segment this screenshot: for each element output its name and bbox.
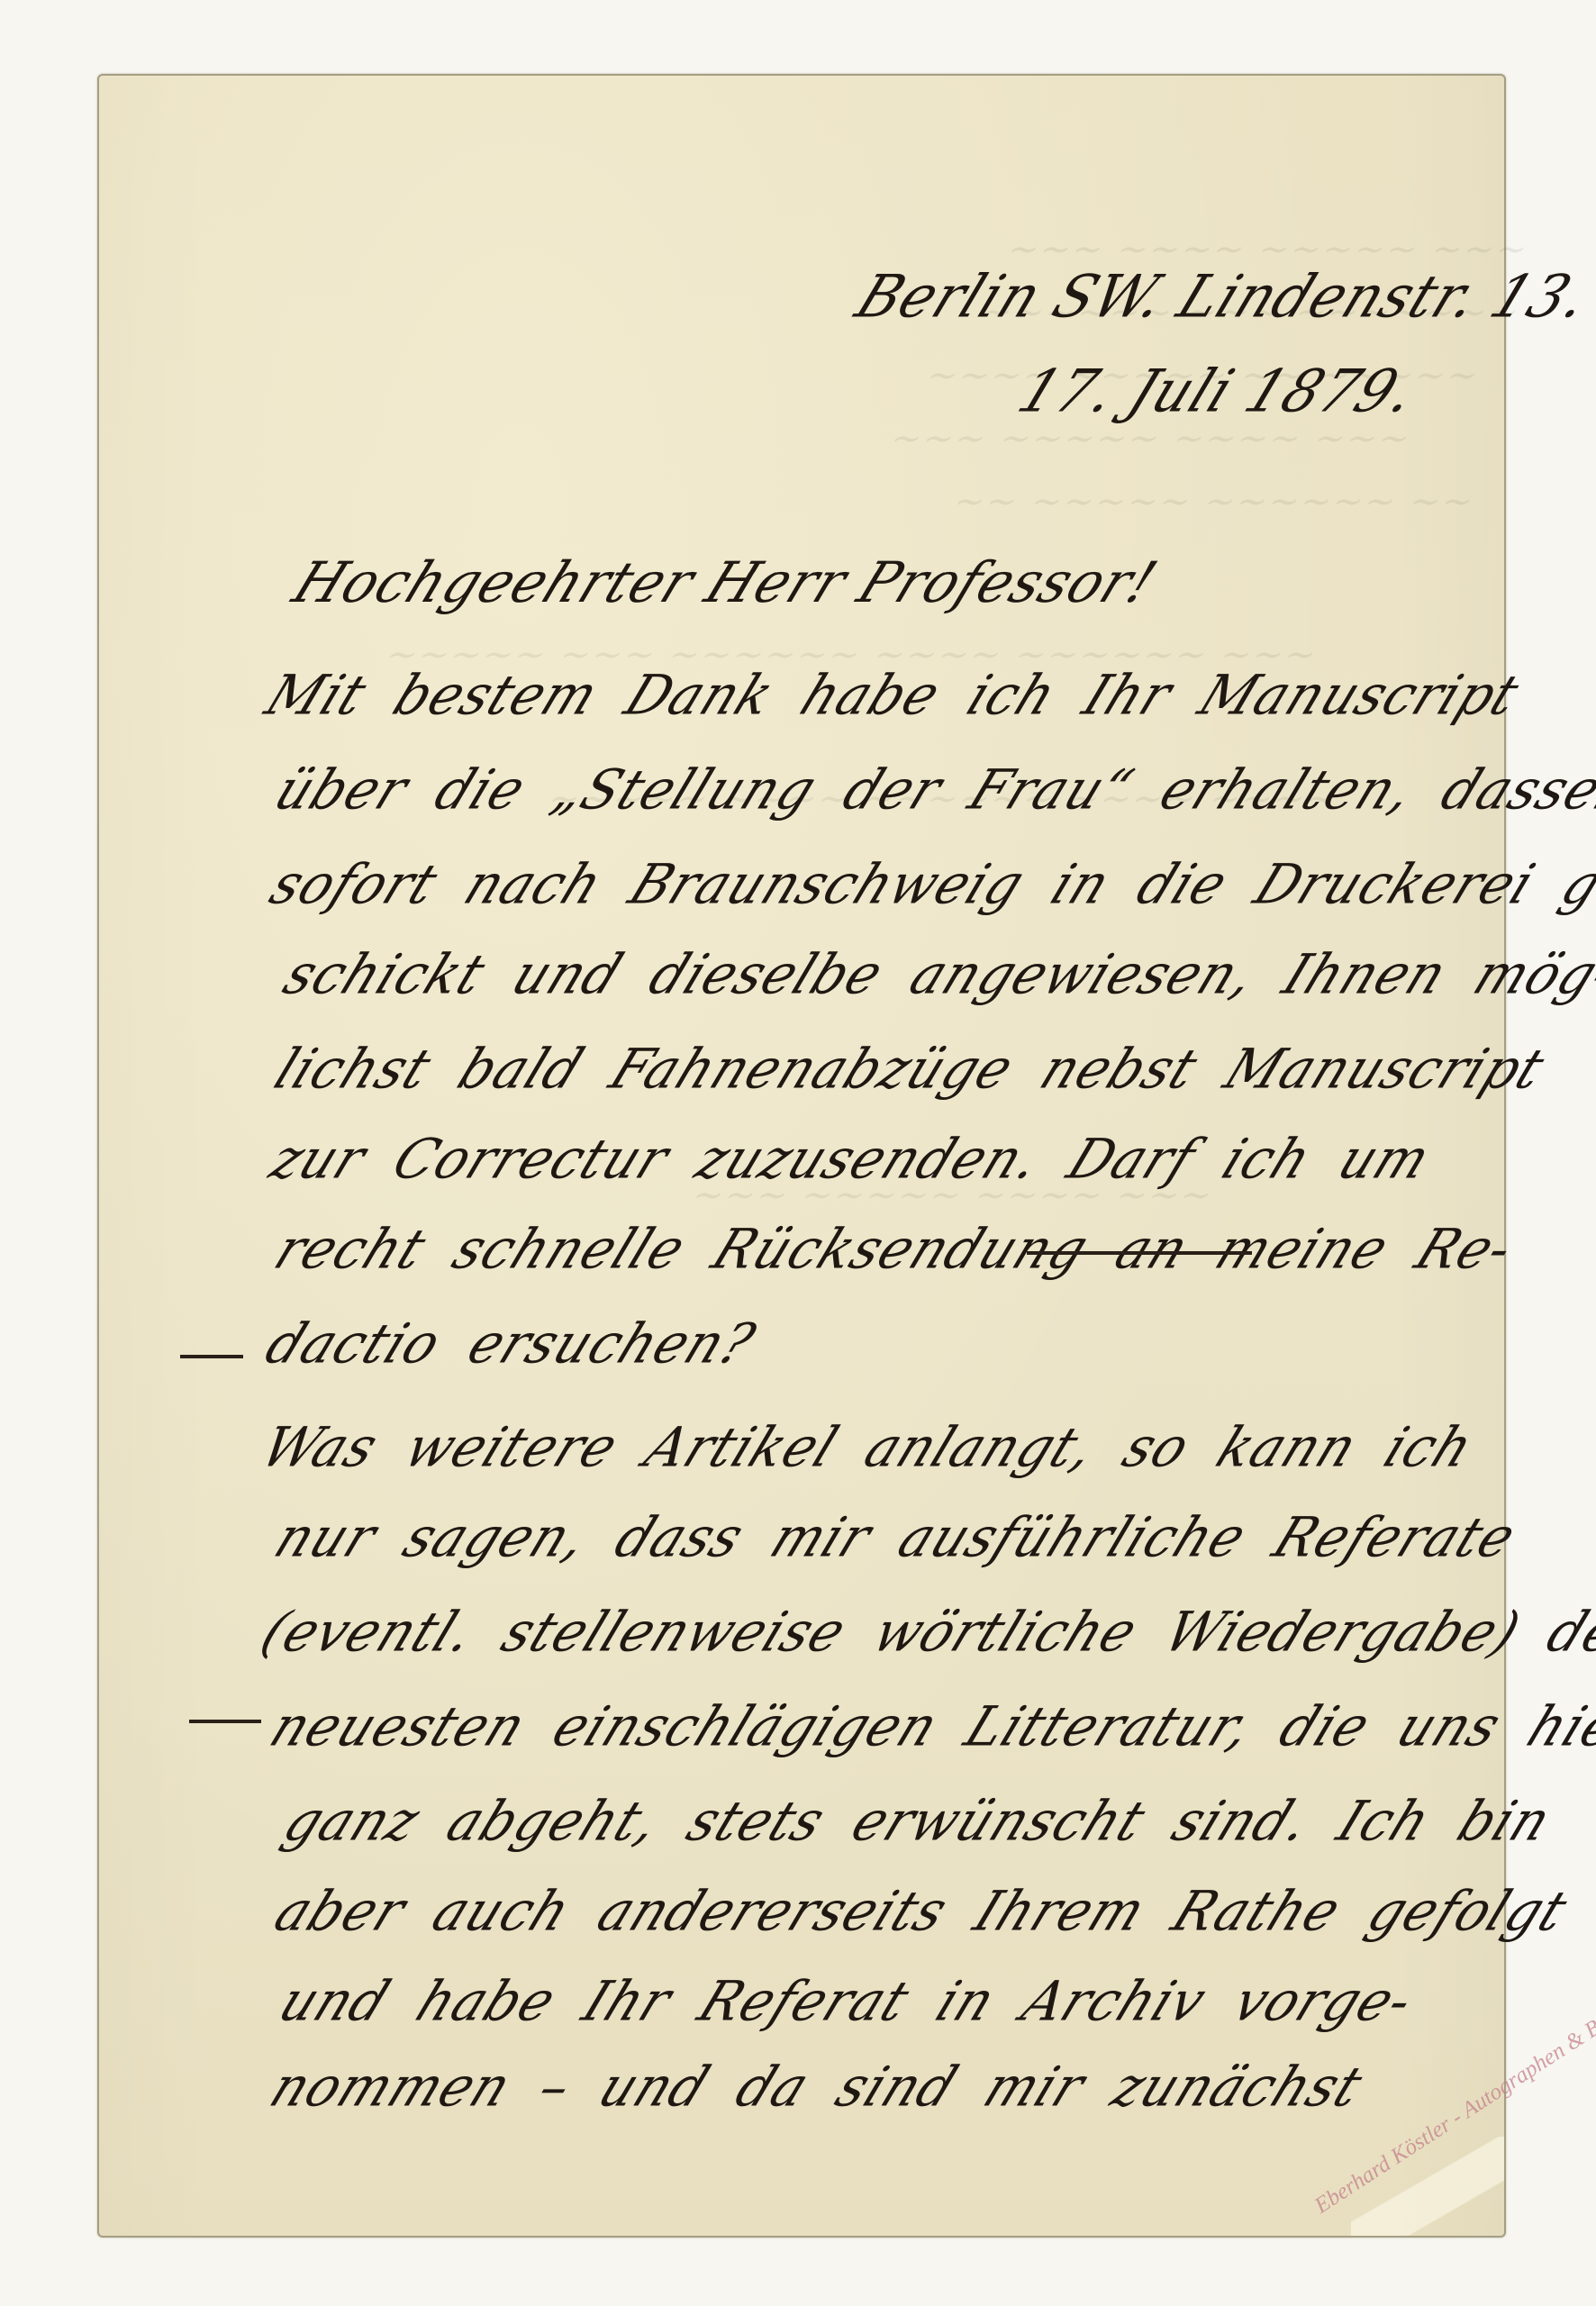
- letter-line: Was weitere Artikel anlangt, so kann ich: [252, 1415, 1483, 1479]
- letter-line: und habe Ihr Referat in Archiv vorge-: [270, 1969, 1423, 2033]
- letter-line: dactio ersuchen?: [257, 1312, 765, 1375]
- letter-line: schickt und dieselbe angewiesen, Ihnen m…: [275, 942, 1596, 1006]
- letter-line: über die „Stellung der Frau“ erhalten, d…: [266, 758, 1596, 822]
- letter-line: neuesten einschlägigen Litteratur, die u…: [261, 1694, 1596, 1758]
- letter-salutation: Hochgeehrter Herr Professor!: [284, 550, 1166, 617]
- letter-date: 17. Juli 1879.: [1009, 356, 1428, 425]
- letter-line: recht schnelle Rücksendung an meine Re-: [266, 1217, 1523, 1281]
- letter-line: aber auch andererseits Ihrem Rathe gefol…: [266, 1879, 1577, 1943]
- letter-line: nur sagen, dass mir ausführliche Referat…: [266, 1505, 1526, 1569]
- letter-line: Mit bestem Dank habe ich Ihr Manuscript: [257, 663, 1529, 727]
- letter-paper: ~~~ ~~~~ ~~~~~ ~~~ ~~~~~~ ~~~ ~~~~~~~ ~~…: [97, 74, 1506, 2238]
- bleed-through-text: ~~ ~~~~~ ~~~~~~ ~~: [948, 481, 1482, 522]
- letter-line: zur Correctur zuzusenden. Darf ich um: [261, 1127, 1440, 1191]
- letter-line: (eventl. stellenweise wörtliche Wiederga…: [252, 1600, 1596, 1664]
- underline-mark: [1027, 1251, 1252, 1255]
- underline-mark: [180, 1355, 243, 1358]
- letter-address: Berlin SW. Lindenstr. 13.: [847, 261, 1596, 331]
- underline-mark: [189, 1720, 261, 1723]
- letter-line: nommen – und da sind mir zunächst: [261, 2055, 1373, 2119]
- letter-line: sofort nach Braunschweig in die Druckere…: [261, 852, 1596, 916]
- letter-line: ganz abgeht, stets erwünscht sind. Ich b…: [275, 1789, 1561, 1853]
- letter-line: lichst bald Fahnenabzüge nebst Manuscrip…: [266, 1037, 1555, 1101]
